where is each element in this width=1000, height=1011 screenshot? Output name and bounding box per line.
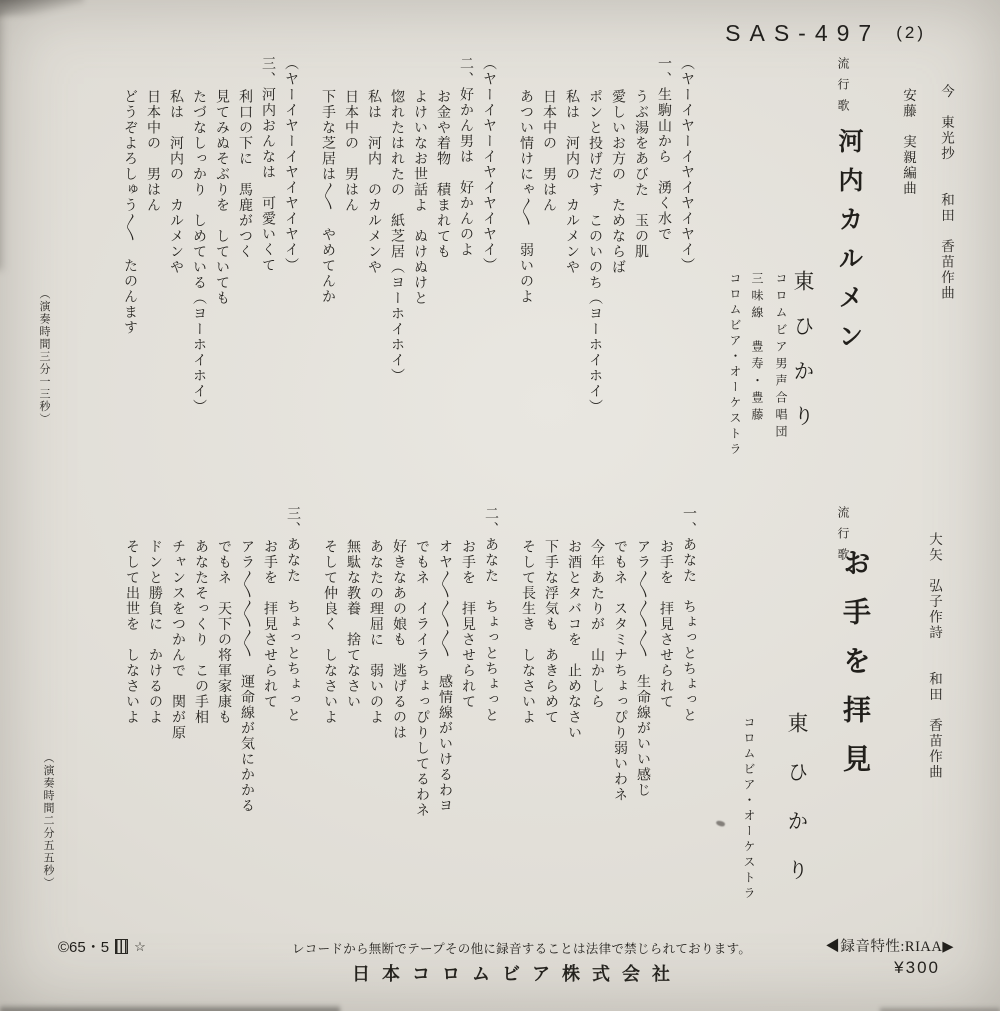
lyric-column: チャンスをつかんで 関が原: [166, 506, 189, 818]
scan-edge-shadow: [880, 1006, 1000, 1011]
lyric-column: アラ〱〱〱 生命線がいい感じ: [631, 506, 654, 818]
lyric-column: オヤ〱〱〱 感情線がいけるわヨ: [433, 506, 456, 818]
song2-writer-composer-credit: 大矢 弘子作詩 和田 香苗作曲: [924, 532, 944, 780]
record-sleeve-back: SAS-497 (2) 今 東光抄 和田 香苗作曲 安藤 実親編曲 流行歌 河内…: [0, 0, 1000, 1011]
lyric-column: お手を 拝見させられて: [654, 506, 677, 818]
song2-performer-orchestra: コロムビア・オーケストラ: [741, 716, 758, 902]
lyric-column: よけいなお世話よ ぬけぬけと: [408, 56, 431, 415]
lyric-column: 私は 河内の カルメンや: [560, 56, 583, 415]
song2-artist: 東ひかり: [782, 712, 812, 908]
lyric-column: どうぞよろしゅう〱 たのんます: [118, 56, 141, 415]
price: ¥300: [894, 958, 940, 978]
song1-artist: 東ひかり: [788, 270, 818, 450]
scan-speck: [715, 820, 725, 828]
lyric-column: お手を 拝見させられて: [456, 506, 479, 818]
lyric-column: うぶ湯をあびた 玉の肌: [629, 56, 652, 415]
lyric-column: そして出世を しなさいよ: [120, 506, 143, 818]
lyric-column: 好きなあの娘も 逃げるのは: [387, 506, 410, 818]
song2-lyrics: 一、あなた ちょっとちょっとお手を 拝見させられてアラ〱〱〱 生命線がいい感じで…: [120, 506, 700, 818]
lyric-column: あなたそっくり この手相: [189, 506, 212, 818]
lyric-column: 下手な浮気も あきらめて: [539, 506, 562, 818]
lyric-column: 二、好かん男は 好かんのよ: [454, 56, 477, 415]
company-name: 日本コロムビア株式会社: [352, 960, 682, 986]
lyric-column: 私は 河内 のカルメンや: [362, 56, 385, 415]
scan-smudge: [0, 0, 84, 16]
lyric-column: 二、あなた ちょっとちょっと: [479, 506, 502, 818]
lyric-column: でもネ イライラちょっぴりしてるわネ: [410, 506, 433, 818]
copy-prohibition-notice: レコードから無断でテープその他に録音することは法律で禁じられております。: [292, 939, 751, 957]
song1-lyrics: （ヤーイヤーイヤイヤイヤイ）一、生駒山から 湧く水でうぶ湯をあびた 玉の肌愛しい…: [118, 56, 698, 415]
song1-arranger-credit: 安藤 実親編曲: [898, 88, 918, 197]
lyric-column: あつい情けにゃ〱 弱いのよ: [514, 56, 537, 415]
lyric-column: ドンと勝負に かけるのよ: [143, 506, 166, 818]
lyric-column: 一、あなた ちょっとちょっと: [677, 506, 700, 818]
song1-performer-orchestra: コロムビア・オーケストラ: [727, 272, 744, 458]
lyric-column: そして仲良く しなさいよ: [318, 506, 341, 818]
lyric-column: 一、生駒山から 湧く水で: [652, 56, 675, 415]
lyric-column: あなたの理屈に 弱いのよ: [364, 506, 387, 818]
star-mark: ☆: [134, 939, 146, 955]
lyric-column: アラ〱〱〱 運命線が気にかかる: [235, 506, 258, 818]
lyric-column: 日本中の 男はん: [339, 56, 362, 415]
lyric-column: 無駄な教養 捨てなさい: [341, 506, 364, 818]
lyric-column: 愛しいお方の ためならば: [606, 56, 629, 415]
lyric-column: 日本中の 男はん: [141, 56, 164, 415]
lyric-column: 今年あたりが 山かしら: [585, 506, 608, 818]
catalog-number: SAS-497 (2): [725, 20, 926, 47]
lyric-column: 日本中の 男はん: [537, 56, 560, 415]
scan-edge-shadow: [0, 1004, 340, 1011]
lyric-column: （ヤーイヤーイヤイヤイヤイ）: [279, 56, 302, 415]
lyric-column: 下手な芝居は〱 やめてんか: [316, 56, 339, 415]
lyric-column: 三、あなた ちょっとちょっと: [281, 506, 304, 818]
lyric-column: でもネ 天下の将軍家康も: [212, 506, 235, 818]
lyric-column: たづなしっかり しめている（ヨーホイホイ）: [187, 56, 210, 415]
lyric-column: お金や着物 積まれても: [431, 56, 454, 415]
lyric-column: 利口の下に 馬鹿がつく: [233, 56, 256, 415]
catalog-take-text: (2): [896, 20, 926, 43]
lyric-column: そして長生き しなさいよ: [516, 506, 539, 818]
recording-characteristic: ◀録音特性:RIAA▶: [825, 935, 954, 956]
copyright-line: ©65・5 ☆: [58, 936, 146, 957]
copyright-text: ©65・5: [58, 936, 109, 957]
lyric-column: お酒とタバコを 止めなさい: [562, 506, 585, 818]
song1-genre-label: 流行歌: [835, 57, 852, 120]
lyric-column: でもネ スタミナちょっぴり弱いわネ: [608, 506, 631, 818]
lyric-column: 三、河内おんなは 可愛いくて: [256, 56, 279, 415]
jasrac-mark: [115, 939, 128, 954]
lyric-column: ポンと投げだす このいのち（ヨーホイホイ）: [583, 56, 606, 415]
lyric-column: 見てみぬそぶりを していても: [210, 56, 233, 415]
lyric-column: 私は 河内の カルメンや: [164, 56, 187, 415]
lyric-column: （ヤーイヤーイヤイヤイヤイ）: [477, 56, 500, 415]
scan-smudge: [0, 10, 6, 270]
song1-performer-chorus: コロムビア男声合唱団: [773, 272, 790, 442]
lyric-column: お手を 拝見させられて: [258, 506, 281, 818]
song1-performer-shamisen: 三味線 豊寿・豊藤: [749, 272, 766, 425]
song1-duration: （演奏時間三分一三秒）: [36, 288, 52, 426]
song1-writer-composer-credit: 今 東光抄 和田 香苗作曲: [936, 84, 956, 301]
song2-duration: （演奏時間二分五五秒）: [40, 752, 56, 890]
lyric-column: 惚れたはれたの 紙芝居（ヨーホイホイ）: [385, 56, 408, 415]
lyric-column: （ヤーイヤーイヤイヤイヤイ）: [675, 56, 698, 415]
catalog-number-text: SAS-497: [725, 20, 880, 47]
song2-title: お手を拝見: [834, 548, 874, 793]
song1-title: 河内カルメン: [830, 128, 866, 362]
